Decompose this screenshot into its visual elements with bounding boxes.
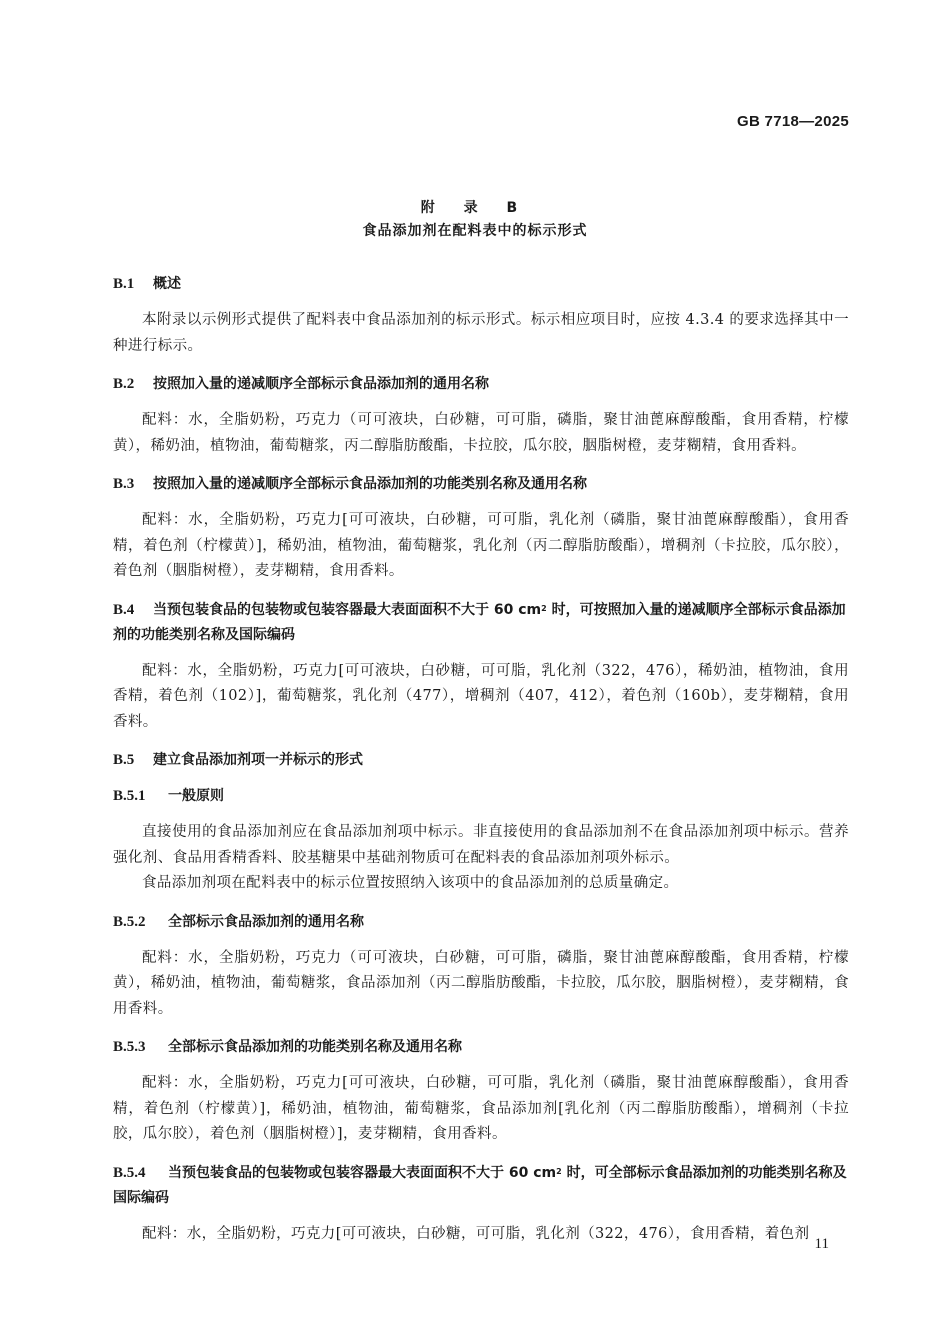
paragraph: 直接使用的食品添加剂应在食品添加剂项中标示。非直接使用的食品添加剂不在食品添加剂… (113, 820, 849, 871)
paragraph: 配料：水，全脂奶粉，巧克力（可可液块，白砂糖，可可脂，磷脂，聚甘油蓖麻醇酸酯，食… (113, 408, 849, 459)
paragraph: 本附录以示例形式提供了配料表中食品添加剂的标示形式。标示相应项目时，应按 4.3… (113, 308, 849, 359)
paragraph: 配料：水，全脂奶粉，巧克力（可可液块，白砂糖，可可脂，磷脂，聚甘油蓖麻醇酸酯，食… (113, 946, 849, 1023)
document-page: GB 7718—2025 附 录 B 食品添加剂在配料表中的标示形式 B.1概述… (0, 0, 950, 1343)
section-number: B.5.2 (113, 910, 168, 935)
section-heading-b5-4: B.5.4当预包装食品的包装物或包装容器最大表面面积不大于 60 cm2 时，可… (113, 1161, 849, 1211)
appendix-label: 附 录 B (0, 197, 950, 217)
section-title: 按照加入量的递减顺序全部标示食品添加剂的功能类别名称及通用名称 (153, 476, 587, 492)
document-body: B.1概述 本附录以示例形式提供了配料表中食品添加剂的标示形式。标示相应项目时，… (113, 272, 849, 1247)
section-number: B.3 (113, 472, 153, 497)
page-number: 11 (815, 1236, 829, 1253)
paragraph: 配料：水，全脂奶粉，巧克力[可可液块，白砂糖，可可脂，乳化剂（磷脂，聚甘油蓖麻醇… (113, 508, 849, 585)
section-heading-b4: B.4当预包装食品的包装物或包装容器最大表面面积不大于 60 cm2 时，可按照… (113, 598, 849, 648)
section-heading-b5-2: B.5.2全部标示食品添加剂的通用名称 (113, 910, 849, 935)
superscript: 2 (541, 604, 547, 613)
section-number: B.5.1 (113, 784, 168, 809)
section-heading-b2: B.2按照加入量的递减顺序全部标示食品添加剂的通用名称 (113, 372, 849, 397)
section-number: B.5.4 (113, 1161, 168, 1186)
section-heading-b1: B.1概述 (113, 272, 849, 297)
section-title: 当预包装食品的包装物或包装容器最大表面面积不大于 60 cm (153, 602, 541, 618)
section-heading-b5-3: B.5.3全部标示食品添加剂的功能类别名称及通用名称 (113, 1035, 849, 1060)
paragraph: 配料：水，全脂奶粉，巧克力[可可液块，白砂糖，可可脂，乳化剂（322，476），… (113, 1222, 849, 1248)
section-title: 建立食品添加剂项一并标示的形式 (153, 752, 363, 768)
paragraph: 配料：水，全脂奶粉，巧克力[可可液块，白砂糖，可可脂，乳化剂（322，476），… (113, 659, 849, 736)
section-number: B.4 (113, 598, 153, 623)
paragraph: 配料：水，全脂奶粉，巧克力[可可液块，白砂糖，可可脂，乳化剂（磷脂，聚甘油蓖麻醇… (113, 1071, 849, 1148)
superscript: 2 (556, 1167, 562, 1176)
section-heading-b3: B.3按照加入量的递减顺序全部标示食品添加剂的功能类别名称及通用名称 (113, 472, 849, 497)
section-title: 按照加入量的递减顺序全部标示食品添加剂的通用名称 (153, 376, 489, 392)
section-title: 全部标示食品添加剂的通用名称 (168, 914, 364, 930)
section-title: 概述 (153, 276, 181, 292)
standard-number: GB 7718—2025 (737, 113, 849, 130)
section-heading-b5-1: B.5.1一般原则 (113, 784, 849, 809)
section-title: 当预包装食品的包装物或包装容器最大表面面积不大于 60 cm (168, 1165, 556, 1181)
section-number: B.1 (113, 272, 153, 297)
section-title: 一般原则 (168, 788, 224, 804)
section-number: B.5 (113, 748, 153, 773)
paragraph: 食品添加剂项在配料表中的标示位置按照纳入该项中的食品添加剂的总质量确定。 (113, 871, 849, 897)
section-title: 全部标示食品添加剂的功能类别名称及通用名称 (168, 1039, 462, 1055)
section-number: B.2 (113, 372, 153, 397)
appendix-title: 食品添加剂在配料表中的标示形式 (0, 220, 950, 240)
section-number: B.5.3 (113, 1035, 168, 1060)
section-heading-b5: B.5建立食品添加剂项一并标示的形式 (113, 748, 849, 773)
